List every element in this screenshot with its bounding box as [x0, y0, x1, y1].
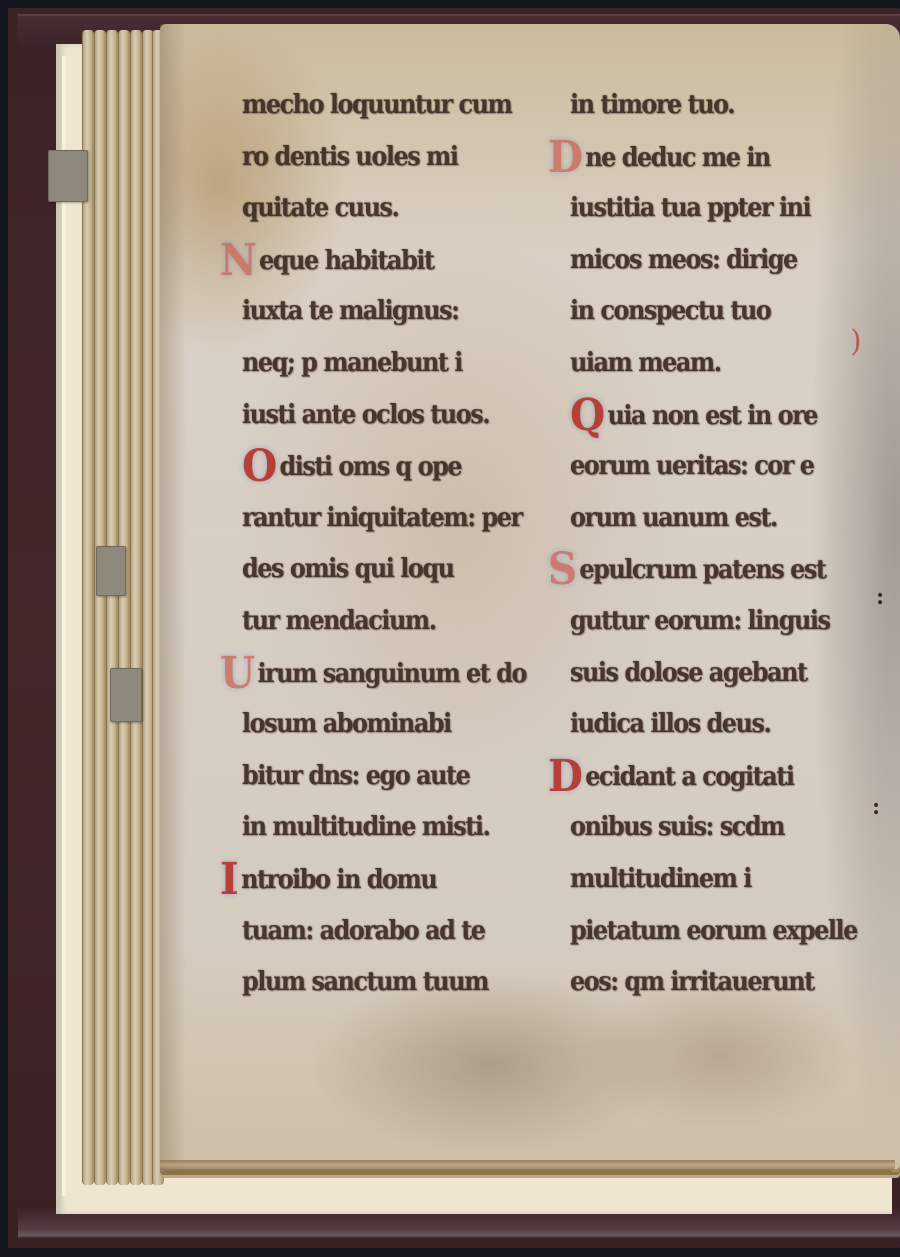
margin-punctus: :	[872, 794, 880, 820]
red-initial: O	[242, 441, 276, 493]
text-line: iusti ante oclos tuos.	[242, 390, 500, 442]
red-initial: N	[220, 235, 256, 287]
red-initial: D	[548, 751, 582, 803]
page-bottom-edges	[160, 1160, 895, 1172]
text-line: uiam meam.	[570, 338, 846, 390]
text-line: plum sanctum tuum	[242, 957, 500, 1009]
text-line: in timore tuo.	[570, 80, 846, 132]
manuscript-leaf: mecho loquuntur cum ro dentis uoles mi q…	[160, 24, 900, 1169]
leaf-edge	[94, 30, 106, 1185]
red-initial: U	[220, 648, 254, 700]
red-margin-mark: )	[850, 324, 862, 359]
text-line: orum uanum est.	[570, 493, 846, 545]
margin-punctus: :	[876, 584, 884, 610]
leaf-edge	[130, 30, 142, 1185]
red-initial: I	[220, 854, 237, 906]
text-line: ro dentis uoles mi	[242, 132, 500, 184]
text-line: in conspectu tuo	[570, 286, 846, 338]
text-line: Introibo in domu	[242, 854, 500, 906]
text-line: Odisti oms q ope	[242, 441, 500, 493]
leaf-edge	[106, 30, 118, 1185]
text-line: tuam: adorabo ad te	[242, 906, 500, 958]
text-line: rantur iniquitatem: per	[242, 493, 500, 545]
text-line: eos: qm irritauerunt	[570, 957, 846, 1009]
leaf-edge	[118, 30, 130, 1185]
gutter-shadow	[160, 24, 186, 1169]
text-line: Decidant a cogitati	[570, 751, 846, 803]
text-line: tur mendacium.	[242, 596, 500, 648]
red-initial: D	[548, 132, 582, 184]
text-line: iudica illos deus.	[570, 699, 846, 751]
text-line: Neque habitabit	[242, 235, 500, 287]
text-line: Uirum sanguinum et do	[242, 648, 500, 700]
text-line: in multitudine misti.	[242, 802, 500, 854]
text-line: iustitia tua ppter ini	[570, 183, 846, 235]
text-line: des omis qui loqu	[242, 544, 500, 596]
text-line: neq; p manebunt i	[242, 338, 500, 390]
text-line: bitur dns: ego aute	[242, 751, 500, 803]
parchment-tab	[96, 546, 126, 596]
text-line: Sepulcrum patens est	[570, 544, 846, 596]
red-initial: S	[548, 544, 576, 596]
leaf-edge	[82, 30, 94, 1185]
mat-edge	[62, 56, 66, 1196]
text-line: losum abominabi	[242, 699, 500, 751]
text-line: multitudinem i	[570, 854, 846, 906]
text-line: Dne deduc me in	[570, 132, 846, 184]
text-line: suis dolose agebant	[570, 648, 846, 700]
text-line: onibus suis: scdm	[570, 802, 846, 854]
text-line: Quia non est in ore	[570, 390, 846, 442]
text-line: guttur eorum: linguis	[570, 596, 846, 648]
red-initial: Q	[570, 390, 604, 442]
text-line: mecho loquuntur cum	[242, 80, 500, 132]
parchment-tab	[48, 150, 88, 202]
right-text-column: in timore tuo. Dne deduc me in iustitia …	[570, 80, 870, 1009]
parchment-tab	[110, 668, 142, 722]
text-line: iuxta te malignus:	[242, 286, 500, 338]
text-line: pietatum eorum expelle	[570, 906, 846, 958]
left-text-column: mecho loquuntur cum ro dentis uoles mi q…	[242, 80, 522, 1009]
text-line: eorum ueritas: cor e	[570, 441, 846, 493]
text-line: quitate cuus.	[242, 183, 500, 235]
text-line: micos meos: dirige	[570, 235, 846, 287]
